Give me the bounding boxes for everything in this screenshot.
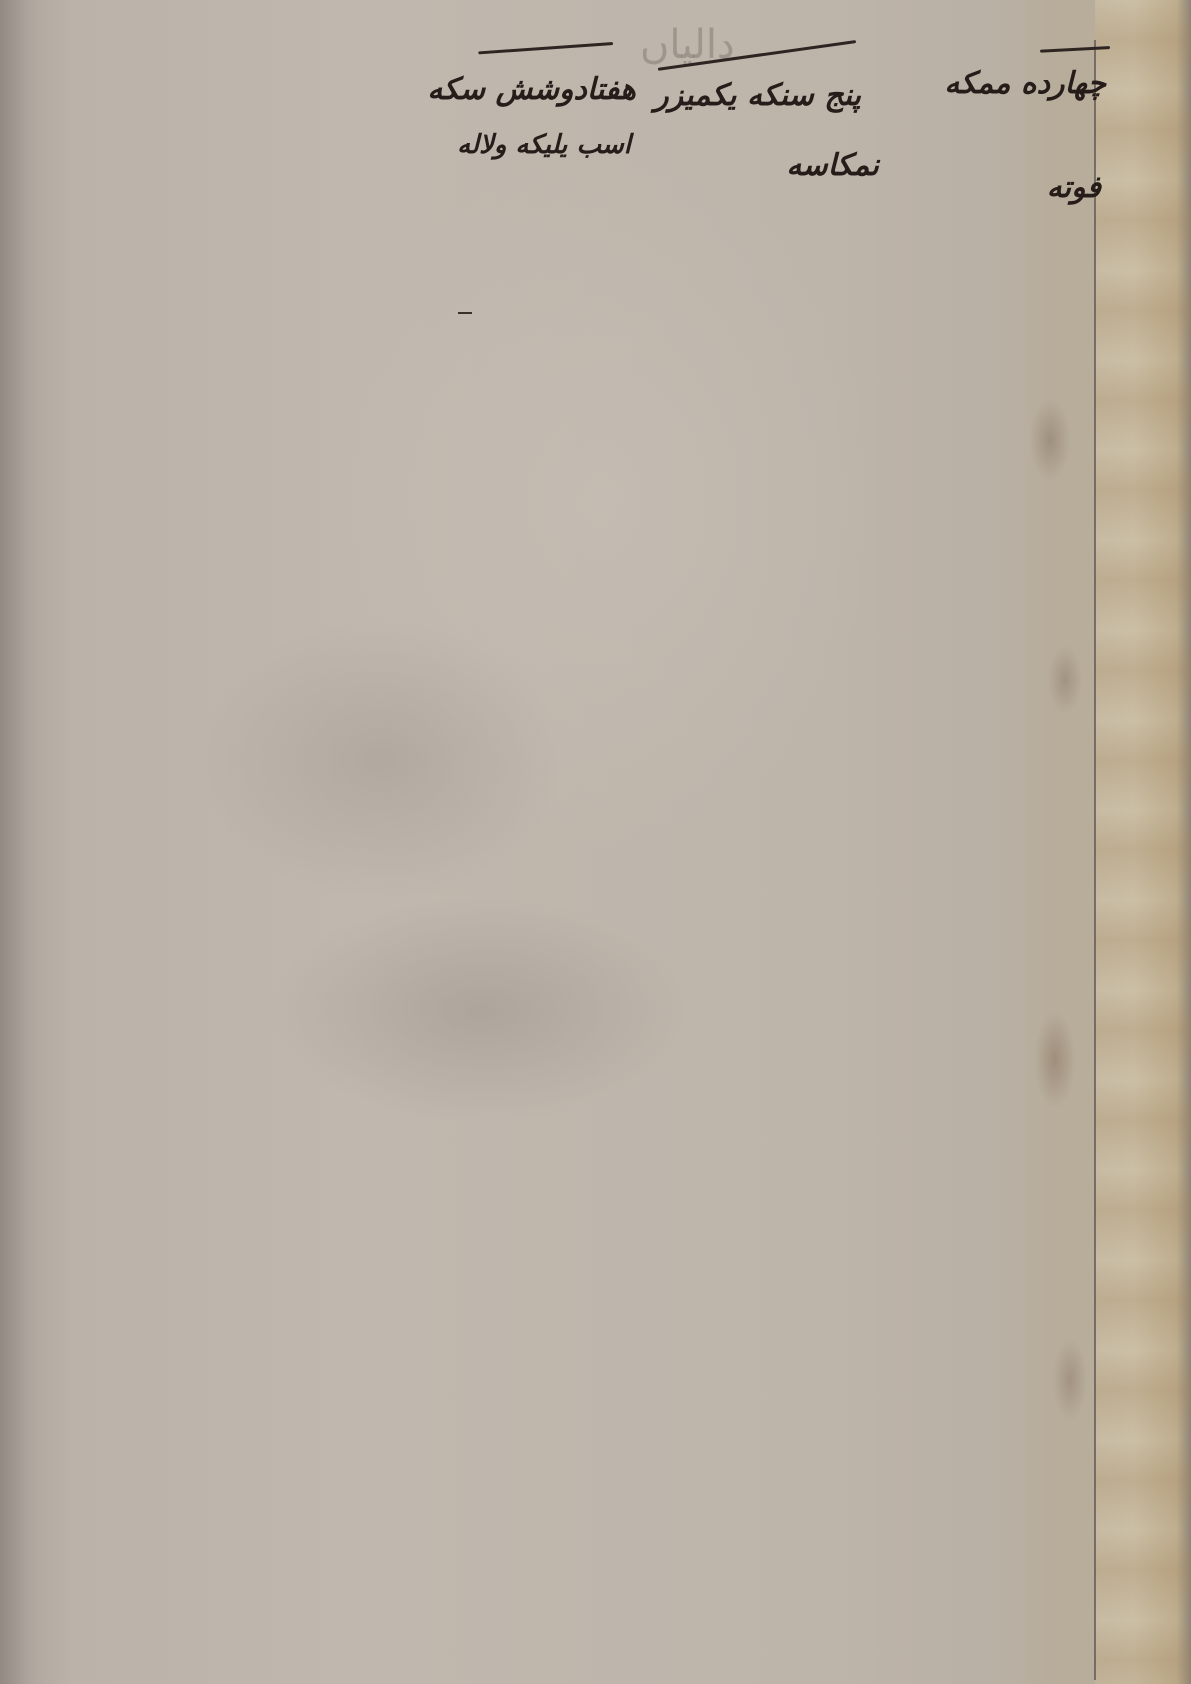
stray-ink-mark — [458, 312, 472, 314]
annotation-left-line1: هفتادوشش سکه — [427, 72, 636, 107]
water-stains — [1010, 380, 1100, 1580]
binding-fold-line — [1094, 40, 1096, 1680]
annotation-right-line2: فوته — [1047, 170, 1101, 205]
manuscript-page: دالیاں چهارده ممکه فوته پنج سنکه یکمیزر … — [0, 0, 1191, 1684]
annotation-left-line2: اسب یلیکه ولاله — [457, 130, 631, 160]
binding-strip — [1095, 0, 1191, 1684]
annotation-middle-line2: نمکاسه — [786, 148, 879, 183]
annotation-middle-line1: پنج سنکه یکمیزر — [654, 78, 861, 113]
page-left-edge-shadow — [0, 0, 38, 1684]
annotation-right-line1: چهارده ممکه — [944, 66, 1106, 101]
overline-left — [478, 42, 613, 54]
